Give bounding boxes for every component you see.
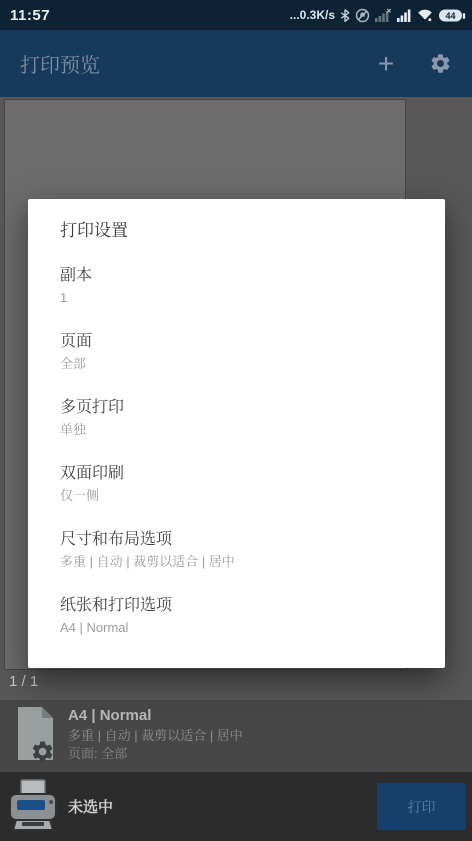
setting-paper-print[interactable]: 纸张和打印选项 A4 | Normal: [60, 594, 413, 637]
setting-value: 单独: [60, 420, 413, 439]
setting-label: 副本: [60, 264, 413, 288]
battery-level: 44: [445, 11, 455, 21]
setting-label: 尺寸和布局选项: [60, 528, 413, 552]
status-bar: 11:57 ...0.3K/s: [0, 0, 472, 30]
signal-sim2-icon: [397, 8, 412, 23]
status-icons: ...0.3K/s: [290, 8, 466, 23]
screen: 11:57 ...0.3K/s: [0, 0, 472, 841]
network-speed: ...0.3K/s: [290, 8, 335, 22]
dialog-title: 打印设置: [60, 220, 413, 242]
setting-label: 页面: [60, 330, 413, 354]
clock: 11:57: [10, 7, 50, 24]
setting-copies[interactable]: 副本 1: [60, 264, 413, 307]
wifi-icon: [417, 8, 433, 22]
setting-value: 1: [60, 288, 413, 307]
setting-duplex[interactable]: 双面印刷 仅一侧: [60, 462, 413, 505]
setting-value: 全部: [60, 354, 413, 373]
setting-pages[interactable]: 页面 全部: [60, 330, 413, 373]
setting-label: 双面印刷: [60, 462, 413, 486]
setting-label: 多页打印: [60, 396, 413, 420]
mute-icon: [355, 8, 370, 23]
bluetooth-icon: [340, 8, 350, 23]
print-settings-dialog: 打印设置 副本 1 页面 全部 多页打印 单独 双面印刷 仅一侧 尺寸和布局选项…: [28, 199, 445, 668]
battery-icon: 44: [438, 8, 466, 23]
setting-multipage[interactable]: 多页打印 单独: [60, 396, 413, 439]
setting-value: A4 | Normal: [60, 618, 413, 637]
setting-label: 纸张和打印选项: [60, 594, 413, 618]
signal-sim1-icon: [375, 8, 392, 23]
setting-value: 仅一侧: [60, 486, 413, 505]
setting-size-layout[interactable]: 尺寸和布局选项 多重 | 自动 | 裁剪以适合 | 居中: [60, 528, 413, 571]
setting-value: 多重 | 自动 | 裁剪以适合 | 居中: [60, 552, 413, 571]
